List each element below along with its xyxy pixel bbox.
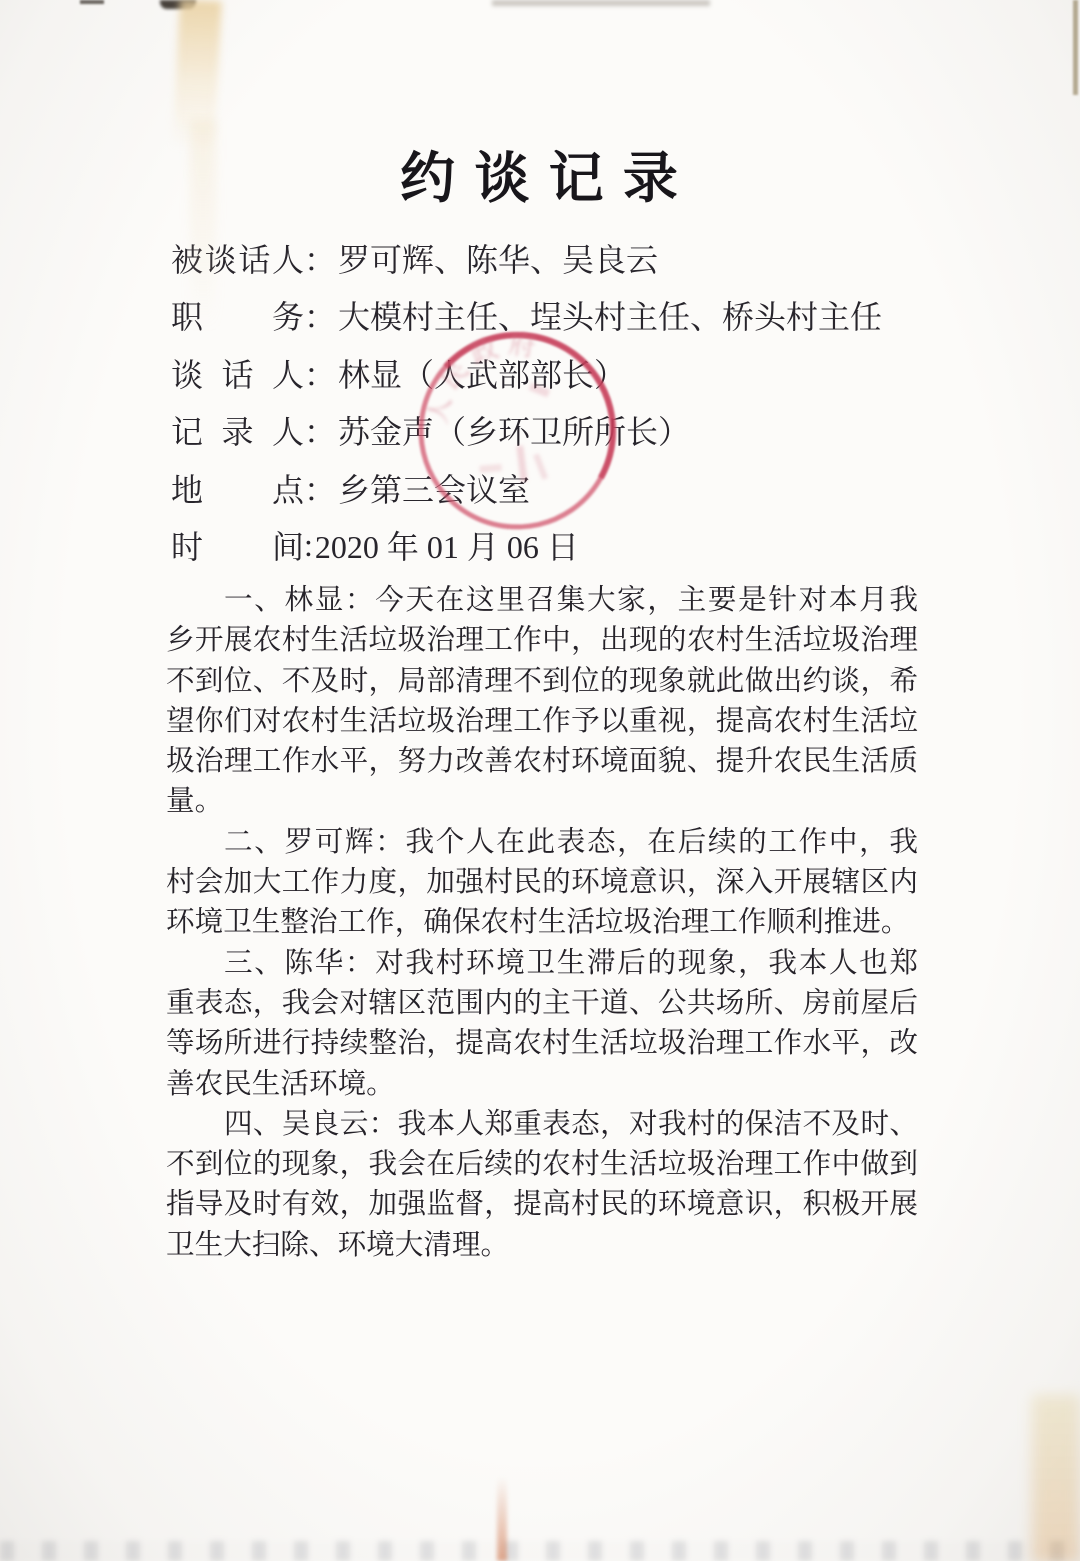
meta-label: 谈话人 <box>171 350 304 396</box>
right-edge-mark <box>1073 0 1078 95</box>
body-line: 量。 <box>166 782 918 822</box>
body-line: 乡开展农村生活垃圾治理工作中，出现的农村生活垃圾治理 <box>166 621 918 661</box>
meta-separator: ： <box>304 292 336 338</box>
meta-section: 被谈话人：罗可辉、陈华、吴良云职务：大模村主任、埕头村主任、桥头村主任谈话人：林… <box>171 229 941 574</box>
body-line: 望你们对农村生活垃圾治理工作予以重视，提高农村生活垃 <box>166 702 918 742</box>
meta-value: 乡第三会议室 <box>338 465 530 511</box>
body-text: 一、林显：今天在这里召集大家，主要是针对本月我乡开展农村生活垃圾治理工作中，出现… <box>166 581 918 1266</box>
meta-label: 被谈话人 <box>171 235 304 281</box>
meta-separator: ： <box>304 235 336 281</box>
bottom-right-smudge <box>1032 1395 1080 1561</box>
meta-row: 时间:2020 年 01 月 06 日 <box>171 517 941 575</box>
meta-separator: ： <box>304 465 336 511</box>
meta-value: 大模村主任、埕头村主任、桥头村主任 <box>338 292 882 338</box>
body-line: 不到位、不及时，局部清理不到位的现象就此做出约谈，希 <box>166 662 918 702</box>
bottom-orange-streak <box>497 1476 507 1561</box>
meta-label: 记录人 <box>171 407 304 453</box>
body-line: 不到位的现象，我会在后续的农村生活垃圾治理工作中做到 <box>166 1145 918 1185</box>
meta-label: 时间 <box>171 522 304 568</box>
meta-label: 职务 <box>171 292 304 338</box>
body-line: 卫生大扫除、环境大清理。 <box>166 1226 918 1266</box>
meta-separator: ： <box>304 350 336 396</box>
meta-separator: : <box>304 527 313 564</box>
bottom-edge-smudge <box>0 1541 1080 1561</box>
body-line: 村会加大工作力度，加强村民的环境意识，深入开展辖区内 <box>166 863 918 903</box>
body-line: 指导及时有效，加强监督，提高村民的环境意识，积极开展 <box>166 1185 918 1225</box>
meta-row: 被谈话人：罗可辉、陈华、吴良云 <box>171 229 941 287</box>
body-line: 等场所进行持续整治，提高农村生活垃圾治理工作水平，改 <box>166 1024 918 1064</box>
body-line: 一、林显：今天在这里召集大家，主要是针对本月我 <box>166 581 918 621</box>
scanned-document-page: 约 谈 记 录 被谈话人：罗可辉、陈华、吴良云职务：大模村主任、埕头村主任、桥头… <box>0 0 1080 1561</box>
meta-row: 记录人：苏金声（乡环卫所所长） <box>171 402 941 460</box>
body-line: 善农民生活环境。 <box>166 1065 918 1105</box>
meta-row: 地点：乡第三会议室 <box>171 459 941 517</box>
body-line: 环境卫生整治工作，确保农村生活垃圾治理工作顺利推进。 <box>166 903 918 943</box>
meta-value: 2020 年 01 月 06 日 <box>315 522 579 568</box>
body-line: 二、罗可辉：我个人在此表态，在后续的工作中，我 <box>166 823 918 863</box>
meta-value: 罗可辉、陈华、吴良云 <box>338 235 658 281</box>
top-edge-mark <box>80 0 104 4</box>
meta-value: 林显（人武部部长） <box>338 350 626 396</box>
body-line: 四、吴良云：我本人郑重表态，对我村的保洁不及时、 <box>166 1105 918 1145</box>
body-line: 重表态，我会对辖区范围内的主干道、公共场所、房前屋后 <box>166 984 918 1024</box>
page-title: 约 谈 记 录 <box>0 148 1080 208</box>
meta-value: 苏金声（乡环卫所所长） <box>338 407 690 453</box>
meta-separator: ： <box>304 407 336 453</box>
meta-label: 地点 <box>171 465 304 511</box>
body-line: 三、陈华：对我村环境卫生滞后的现象，我本人也郑 <box>166 944 918 984</box>
paper-crease-streak <box>172 0 222 151</box>
body-line: 圾治理工作水平，努力改善农村环境面貌、提升农民生活质 <box>166 742 918 782</box>
top-edge-band <box>492 0 710 6</box>
meta-row: 谈话人：林显（人武部部长） <box>171 344 941 402</box>
top-edge-chip <box>160 0 196 9</box>
meta-row: 职务：大模村主任、埕头村主任、桥头村主任 <box>171 287 941 345</box>
